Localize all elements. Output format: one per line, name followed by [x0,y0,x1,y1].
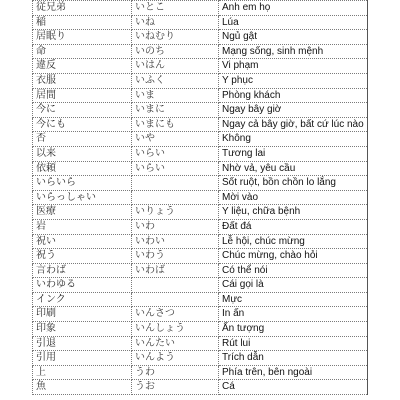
kana-cell: いね [132,15,219,30]
kanji-cell: インク [33,292,132,307]
meaning-cell: Ngủ gật [219,30,368,45]
meaning-cell: Cái gọi là [219,278,368,293]
meaning-cell: Chúc mừng, chào hỏi [219,249,368,264]
kana-cell: いわう [132,249,219,264]
kana-cell: いわば [132,263,219,278]
table-row: 岩いわĐất đá [33,219,368,234]
kana-cell: いんたい [132,336,219,351]
kanji-cell: 印刷 [33,307,132,322]
document-page: 従兄弟いとこAnh em họ稲いねLúa居眠りいねむりNgủ gật命いのちM… [0,0,400,400]
meaning-cell: Ngay bây giờ [219,103,368,118]
kanji-cell: 違反 [33,59,132,74]
meaning-cell: Không [219,132,368,147]
table-row: 以来いらいTương lai [33,146,368,161]
table-row: 引用いんようTrích dẫn [33,351,368,366]
kanji-cell: 居眠り [33,30,132,45]
table-row: 居眠りいねむりNgủ gật [33,30,368,45]
meaning-cell: Phía trên, bên ngoài [219,365,368,380]
kana-cell: うわ [132,365,219,380]
kanji-cell: 言わば [33,263,132,278]
kanji-cell: 従兄弟 [33,1,132,16]
meaning-cell: Sốt ruột, bồn chồn lo lắng [219,176,368,191]
kana-cell: いまに [132,103,219,118]
meaning-cell: Ngay cả bây giờ, bất cứ lúc nào [219,117,368,132]
kanji-cell: 引退 [33,336,132,351]
meaning-cell: Y phục [219,73,368,88]
table-row: 印刷いんさつIn ấn [33,307,368,322]
meaning-cell: Phòng khách [219,88,368,103]
kana-cell: いらい [132,146,219,161]
kana-cell: いとこ [132,1,219,16]
kanji-cell: 稲 [33,15,132,30]
table-row: 医療いりょうY liệu, chữa bệnh [33,205,368,220]
kana-cell: いねむり [132,30,219,45]
kanji-cell: 衣服 [33,73,132,88]
kanji-cell: 印象 [33,322,132,337]
kanji-cell: いらいら [33,176,132,191]
kana-cell [132,292,219,307]
table-row: 今にいまにNgay bây giờ [33,103,368,118]
kanji-cell: 今にも [33,117,132,132]
kana-cell: いはん [132,59,219,74]
kana-cell [132,190,219,205]
table-row: 依頼いらいNhờ vả, yêu cầu [33,161,368,176]
table-row: 衣服いふくY phục [33,73,368,88]
kana-cell: いらい [132,161,219,176]
kana-cell [132,176,219,191]
kana-cell: いま [132,88,219,103]
table-row: いらいらSốt ruột, bồn chồn lo lắng [33,176,368,191]
kanji-cell: いわゆる [33,278,132,293]
kana-cell: いまにも [132,117,219,132]
meaning-cell: Vi phạm [219,59,368,74]
kana-cell: いや [132,132,219,147]
kana-cell: いわ [132,219,219,234]
meaning-cell: Lúa [219,15,368,30]
kanji-cell: 岩 [33,219,132,234]
meaning-cell: Anh em họ [219,1,368,16]
kana-cell: いわい [132,234,219,249]
kana-cell: うお [132,380,219,395]
table-row: 命いのちMạng sống, sinh mệnh [33,44,368,59]
kanji-cell: 魚 [33,380,132,395]
meaning-cell: Trích dẫn [219,351,368,366]
meaning-cell: Mời vào [219,190,368,205]
table-row: いわゆるCái gọi là [33,278,368,293]
kanji-cell: 上 [33,365,132,380]
kanji-cell: 今に [33,103,132,118]
kana-cell: いんよう [132,351,219,366]
kanji-cell: 以来 [33,146,132,161]
kana-cell: いんしょう [132,322,219,337]
kanji-cell: 居間 [33,88,132,103]
kana-cell: いふく [132,73,219,88]
table-row: 言わばいわばCó thể nói [33,263,368,278]
kana-cell: いのち [132,44,219,59]
table-row: 違反いはんVi phạm [33,59,368,74]
table-row: 引退いんたいRút lui [33,336,368,351]
meaning-cell: Cá [219,380,368,395]
table-row: 稲いねLúa [33,15,368,30]
vocabulary-table-body: 従兄弟いとこAnh em họ稲いねLúa居眠りいねむりNgủ gật命いのちM… [33,1,368,395]
meaning-cell: Tương lai [219,146,368,161]
table-row: 祝いいわいLễ hội, chúc mừng [33,234,368,249]
table-row: 居間いまPhòng khách [33,88,368,103]
meaning-cell: Ấn tượng [219,322,368,337]
meaning-cell: Mực [219,292,368,307]
table-row: 否いやKhông [33,132,368,147]
kana-cell: いんさつ [132,307,219,322]
table-row: 魚うおCá [33,380,368,395]
meaning-cell: Y liệu, chữa bệnh [219,205,368,220]
table-row: 今にもいまにもNgay cả bây giờ, bất cứ lúc nào [33,117,368,132]
kanji-cell: 祝い [33,234,132,249]
table-row: 印象いんしょうẤn tượng [33,322,368,337]
kana-cell: いりょう [132,205,219,220]
kanji-cell: 否 [33,132,132,147]
table-row: 従兄弟いとこAnh em họ [33,1,368,16]
meaning-cell: In ấn [219,307,368,322]
kanji-cell: 祝う [33,249,132,264]
meaning-cell: Đất đá [219,219,368,234]
vocabulary-table: 従兄弟いとこAnh em họ稲いねLúa居眠りいねむりNgủ gật命いのちM… [32,0,368,395]
kanji-cell: いらっしゃい [33,190,132,205]
table-row: インクMực [33,292,368,307]
table-row: いらっしゃいMời vào [33,190,368,205]
meaning-cell: Có thể nói [219,263,368,278]
kanji-cell: 命 [33,44,132,59]
kana-cell [132,278,219,293]
table-row: 上うわPhía trên, bên ngoài [33,365,368,380]
meaning-cell: Lễ hội, chúc mừng [219,234,368,249]
meaning-cell: Rút lui [219,336,368,351]
meaning-cell: Nhờ vả, yêu cầu [219,161,368,176]
kanji-cell: 依頼 [33,161,132,176]
table-row: 祝ういわうChúc mừng, chào hỏi [33,249,368,264]
kanji-cell: 医療 [33,205,132,220]
kanji-cell: 引用 [33,351,132,366]
meaning-cell: Mạng sống, sinh mệnh [219,44,368,59]
